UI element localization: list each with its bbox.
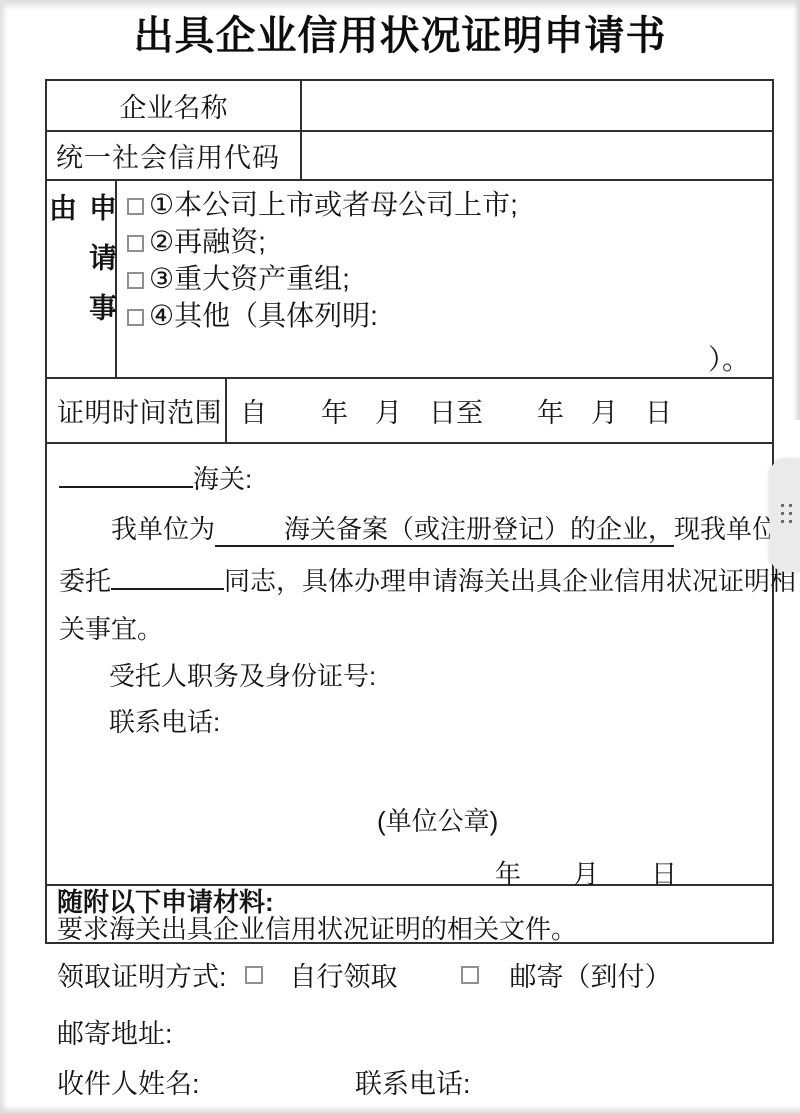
company-name-value-cell[interactable] (302, 81, 772, 130)
trustee-id-line: 受托人职务及身份证号: (109, 659, 772, 693)
reason-option-refinancing-label: ②再融资; (149, 226, 266, 257)
recipient-phone-label: 联系电话: (355, 1069, 471, 1099)
entrust-prefix: 委托 (59, 566, 111, 596)
materials-label: 随附以下申请材料: (57, 889, 772, 916)
reason-option-other-label: ④其他（具体列明: (149, 300, 378, 331)
company-name-row: 企业名称 (47, 81, 772, 132)
document-page: 出具企业信用状况证明申请书 企业名称 统一社会信用代码 申请事由 ①本公司上市或… (0, 0, 800, 1114)
salutation-suffix: 海关: (193, 464, 252, 494)
reason-option-other: ④其他（具体列明: (127, 297, 772, 334)
checkbox-mail-delivery[interactable] (461, 966, 479, 984)
checkbox-listing[interactable] (127, 198, 144, 215)
drag-handle-icon (781, 504, 792, 523)
reason-closing-paren: ）。 (127, 338, 772, 378)
attached-materials-row: 随附以下申请材料: 要求海关出具企业信用状况证明的相关文件。 (47, 886, 772, 942)
checkbox-other[interactable] (127, 309, 144, 326)
salutation-line: 海关: (59, 460, 772, 496)
application-reason-row: 申请事由 ①本公司上市或者母公司上市; ②再融资; ③重大资产重组; ④其他（具… (47, 181, 772, 379)
application-form-table: 企业名称 统一社会信用代码 申请事由 ①本公司上市或者母公司上市; ②再融资; … (45, 79, 774, 944)
photo-edge-shadow-left (0, 0, 8, 1114)
registration-underlined-group: 海关备案（或注册登记）的企业， (215, 514, 674, 547)
signature-date-line: 年 月 日 (495, 857, 772, 891)
company-name-label: 企业名称 (47, 81, 302, 130)
pickup-method-line: 领取证明方式: 自行领取 邮寄（到付） (57, 955, 672, 994)
entrust-suffix: 同志，具体办理申请海关出具企业信用状况证明相 (224, 566, 796, 596)
materials-text: 要求海关出具企业信用状况证明的相关文件。 (57, 916, 772, 943)
reason-option-listing-label: ①本公司上市或者母公司上市; (149, 189, 518, 220)
recipient-name-label: 收件人姓名: (57, 1069, 200, 1099)
certificate-period-row: 证明时间范围 自 年 月 日至 年 月 日 (47, 379, 772, 444)
pickup-method-label: 领取证明方式: (57, 955, 227, 994)
credit-code-value-cell[interactable] (302, 132, 772, 179)
mail-delivery-label: 邮寄（到付） (510, 955, 672, 994)
letter-body-line-3: 关事宜。 (59, 612, 772, 646)
photo-edge-shadow-bottom (0, 1105, 800, 1114)
reason-option-refinancing: ②再融资; (127, 223, 772, 260)
reason-option-restructuring: ③重大资产重组; (127, 260, 772, 297)
delegate-name-blank[interactable] (111, 562, 224, 590)
reason-option-listing: ①本公司上市或者母公司上市; (127, 186, 772, 223)
contact-phone-line: 联系电话: (109, 705, 772, 739)
photo-edge-shadow-right (793, 0, 800, 420)
letter-body-line-1: 我单位为海关备案（或注册登记）的企业，现我单位 (111, 512, 772, 546)
recipient-line: 收件人姓名: 联系电话: (57, 1062, 471, 1101)
body-underlined-text: 海关备案（或注册登记）的企业， (284, 514, 674, 544)
body-suffix: 现我单位 (674, 514, 778, 544)
certificate-period-value[interactable]: 自 年 月 日至 年 月 日 (227, 379, 772, 442)
certificate-period-label: 证明时间范围 (47, 379, 227, 442)
drag-handle-widget[interactable] (770, 458, 800, 572)
credit-code-label: 统一社会信用代码 (47, 132, 302, 179)
credit-code-row: 统一社会信用代码 (47, 132, 772, 181)
page-title: 出具企业信用状况证明申请书 (0, 4, 800, 61)
self-pickup-label: 自行领取 (290, 955, 398, 994)
body-prefix: 我单位为 (111, 514, 215, 544)
commitment-letter-cell: 海关: 我单位为海关备案（或注册登记）的企业，现我单位 委托同志，具体办理申请海… (47, 444, 772, 886)
customs-name-blank[interactable] (59, 460, 193, 488)
checkbox-self-pickup[interactable] (245, 966, 263, 984)
application-reason-label: 申请事由 (47, 181, 117, 377)
mail-address-label: 邮寄地址: (57, 1012, 173, 1051)
checkbox-restructuring[interactable] (127, 272, 144, 289)
reason-option-restructuring-label: ③重大资产重组; (149, 263, 350, 294)
letter-body-line-2: 委托同志，具体办理申请海关出具企业信用状况证明相 (59, 562, 772, 598)
checkbox-refinancing[interactable] (127, 235, 144, 252)
registration-customs-blank[interactable] (215, 512, 284, 538)
company-seal-placeholder: (单位公章) (377, 804, 772, 838)
application-reason-options: ①本公司上市或者母公司上市; ②再融资; ③重大资产重组; ④其他（具体列明: … (117, 181, 772, 377)
